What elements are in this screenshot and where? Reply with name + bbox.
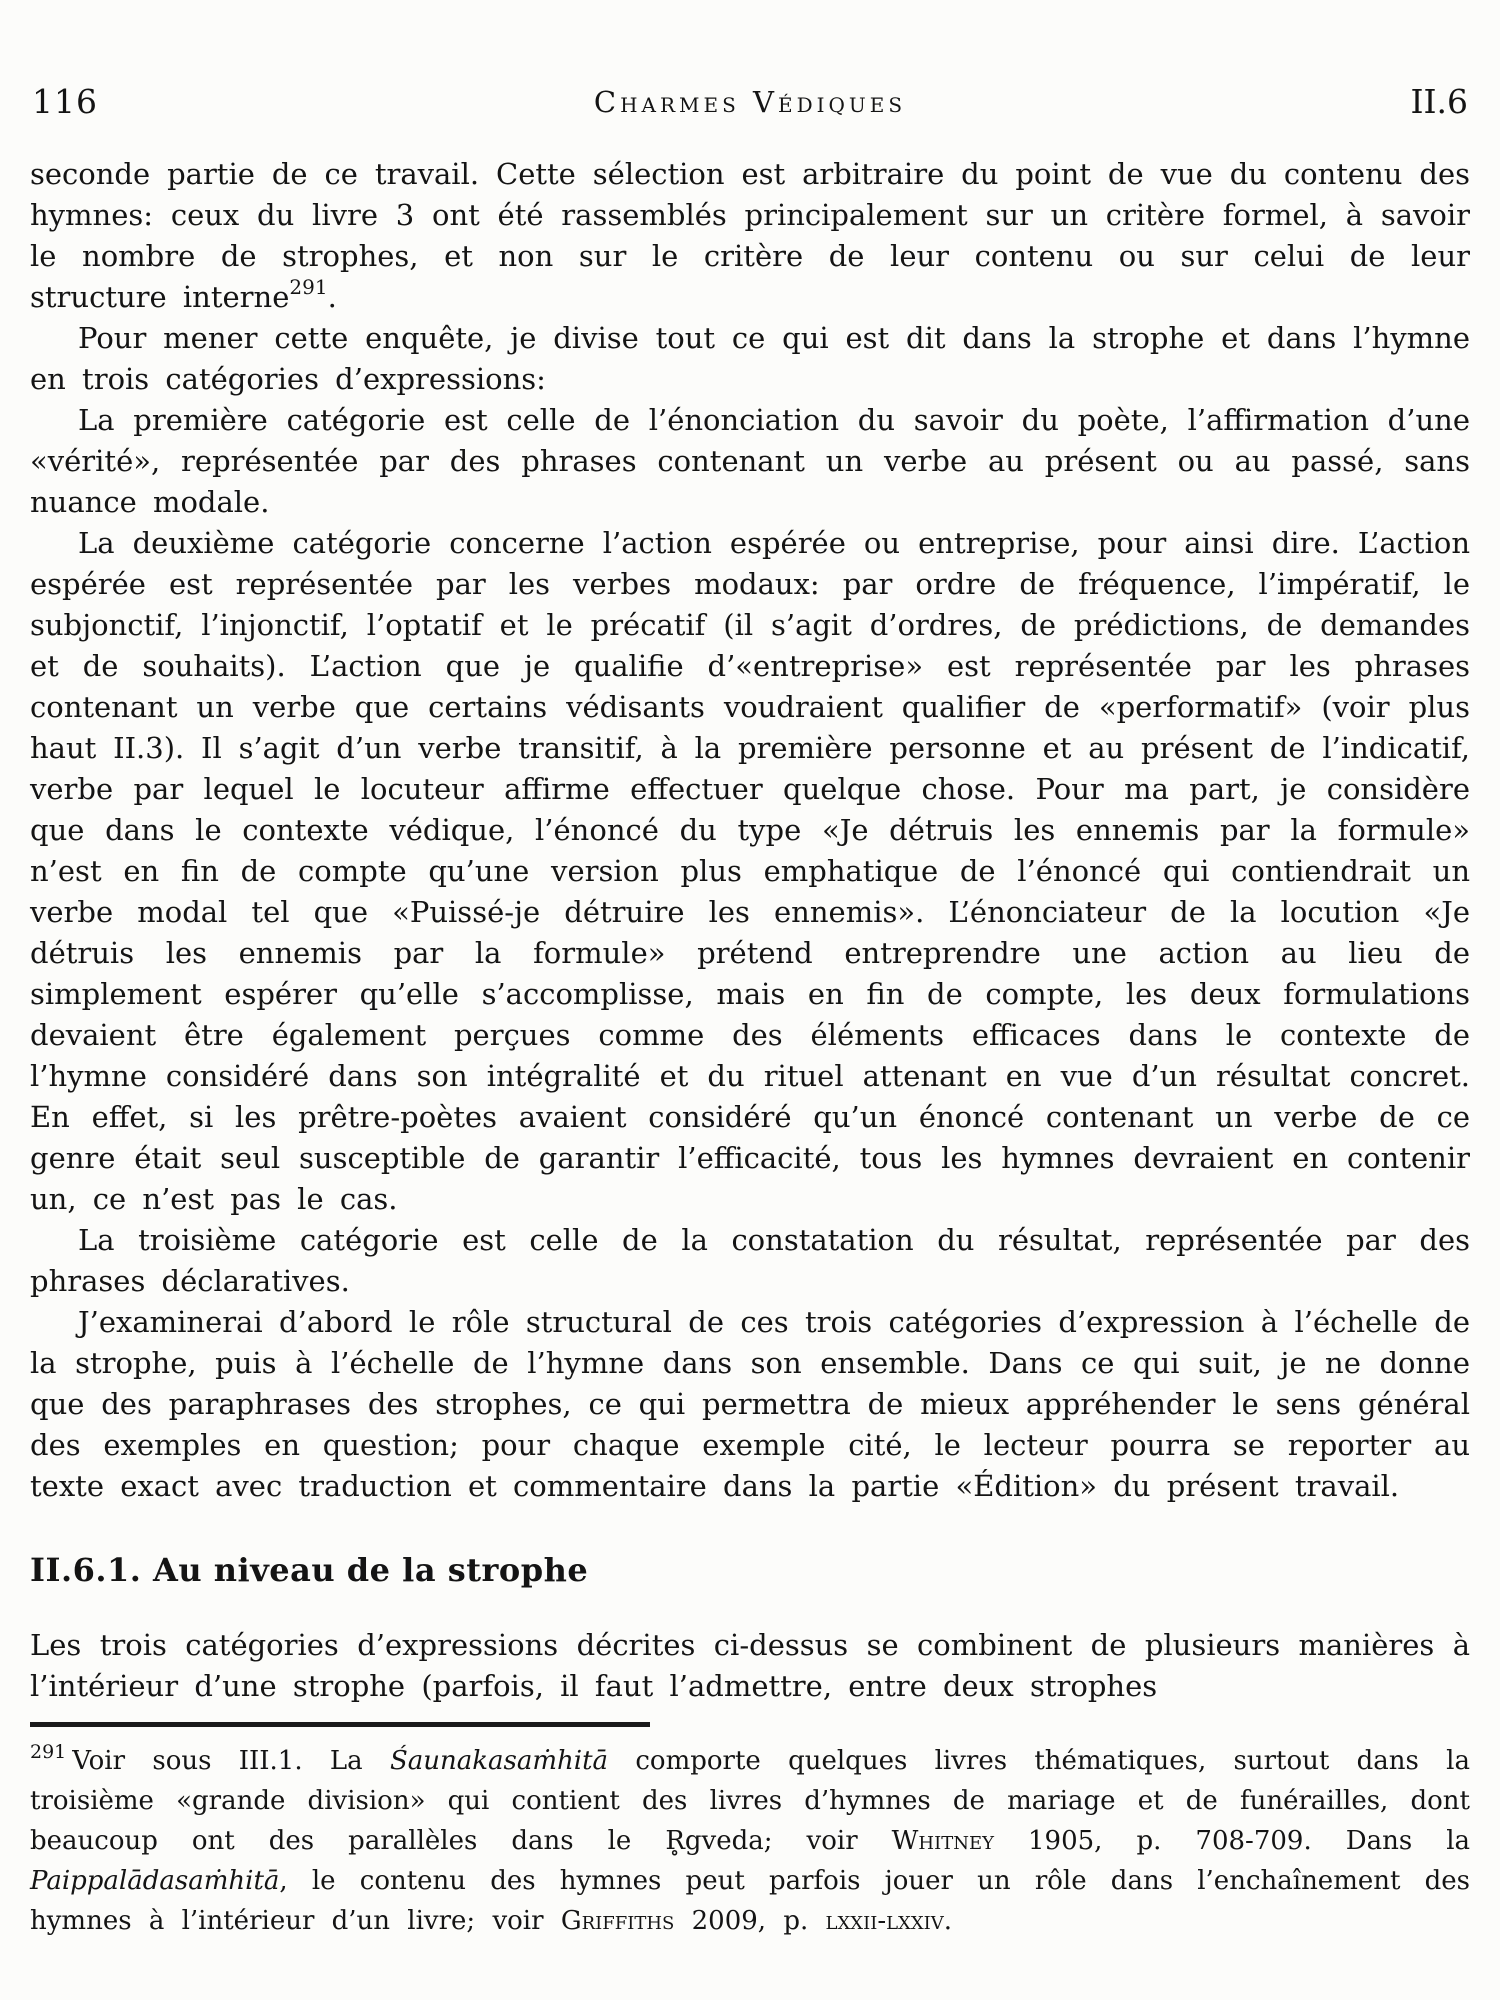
footnote-marker: 291	[30, 1741, 66, 1763]
paragraph-2: Pour mener cette enquête, je divise tout…	[30, 318, 1470, 400]
footnote-text-segment: .	[944, 1906, 952, 1936]
paragraph-5: La troisième catégorie est celle de la c…	[30, 1220, 1470, 1302]
paragraph-3: La première catégorie est celle de l’éno…	[30, 400, 1470, 523]
footnote-text-segment: 2009, p.	[674, 1906, 825, 1936]
paragraph-7: Les trois catégories d’expressions décri…	[30, 1625, 1470, 1707]
footnote-smallcaps-author-2: Griffiths	[561, 1906, 675, 1936]
footnote-text-segment: Voir sous III.1. La	[72, 1746, 390, 1776]
paragraph-1: seconde partie de ce travail. Cette séle…	[30, 154, 1470, 318]
footnote-reference-291: 291	[289, 275, 327, 299]
running-title: Charmes Védiques	[594, 85, 906, 119]
header-section-marker: II.6	[1410, 82, 1468, 121]
paragraph-6: J’examinerai d’abord le rôle structural …	[30, 1302, 1470, 1507]
footnote-smallcaps-pages: lxxii-lxxiv	[826, 1906, 944, 1936]
footnote-italic-title-1: Śaunakasaṁhitā	[390, 1746, 608, 1776]
footnote-smallcaps-author-1: Whitney	[892, 1826, 994, 1856]
page-number: 116	[32, 82, 98, 121]
footnote-italic-title-2: Paippalādasaṁhitā	[30, 1866, 279, 1896]
section-heading: II.6.1. Au niveau de la strophe	[30, 1551, 1470, 1589]
paragraph-1-text: seconde partie de ce travail. Cette séle…	[30, 157, 1470, 314]
book-page: 116 Charmes Védiques II.6 seconde partie…	[0, 0, 1500, 2000]
paragraph-4: La deuxième catégorie concerne l’action …	[30, 523, 1470, 1220]
main-text-block: seconde partie de ce travail. Cette séle…	[30, 154, 1470, 1707]
footnote-separator-rule	[30, 1722, 650, 1727]
footnote-291: 291Voir sous III.1. La Śaunakasaṁhitā co…	[30, 1741, 1470, 1941]
footnote-area: 291Voir sous III.1. La Śaunakasaṁhitā co…	[30, 1722, 1470, 1941]
page-header: 116 Charmes Védiques II.6	[30, 82, 1470, 120]
footnote-text-segment: 1905, p. 708-709. Dans la	[994, 1826, 1470, 1856]
paragraph-1-tail: .	[328, 280, 337, 314]
